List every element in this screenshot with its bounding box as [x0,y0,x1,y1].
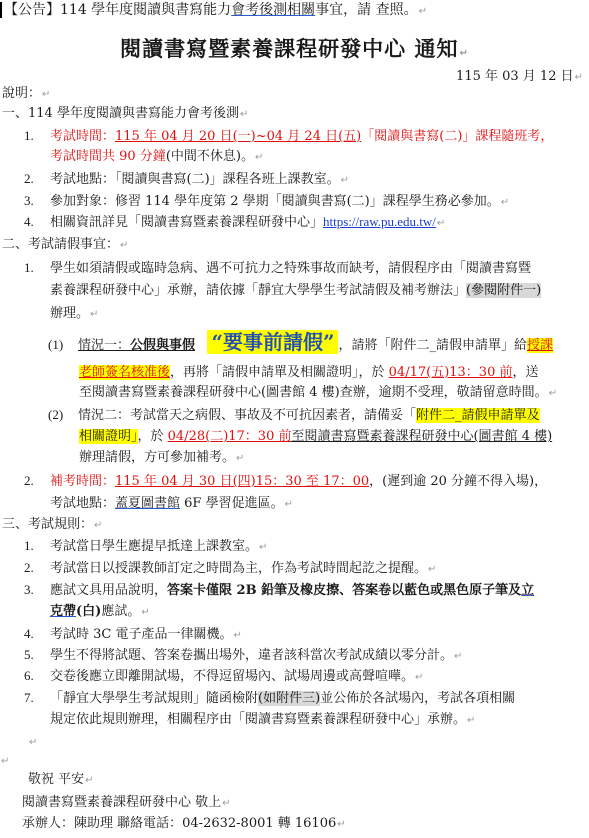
item-number: 2. [24,170,50,188]
s3-item-7: 7.「靜宜大學學生考試規則」隨函檢附(如附件三)並公佈於各試場內，考試各項相關 [24,689,515,708]
empty-paragraph: ↵ [28,733,37,752]
paragraph-mark-icon: ↵ [337,819,345,830]
paragraph-mark-icon: ↵ [94,520,102,531]
item-text: 規定依此規則辦理，相關程序由「閱讀書寫暨素養課程研發中心」承辦。 [50,712,466,727]
item-text: 參加對象：修習 114 學年度第 2 學期「閱讀與書寫(二)」課程學生務必參加。 [50,194,500,209]
case2-deadline: 04/28(二)17：30 前 [168,429,292,444]
sender-text: 閱讀書寫暨素養課程研發中心 敬上 [22,795,221,810]
s3-item-4: 4.考試時 3C 電子產品一律關機。↵ [24,625,242,645]
s2-item-2-line2: 考試地點：蓋夏圖書館 6F 學習促進區。↵ [50,495,293,514]
item-number: 3. [24,581,50,599]
item-number: 3. [24,192,50,210]
paragraph-mark-icon: ↵ [549,388,557,399]
s1-item-4: 4.相關資訊詳見「閱讀書寫暨素養課程研發中心」https://raw.pu.ed… [24,213,445,233]
intro-text: 說明： [2,86,41,101]
s3-item-1: 1.考試當日學生應提早抵達上課教室。↵ [24,537,267,557]
case2-line3: 辦理請假，方可參加補考。↵ [79,449,244,468]
s3-item-7-line2: 規定依此規則辦理，相關程序由「閱讀書寫暨素養課程研發中心」承辦。↵ [50,711,475,730]
section3-heading: 三、考試規則：↵ [2,516,102,535]
paragraph-mark-icon: ↵ [222,798,230,809]
item-number: 4. [24,213,50,231]
s2-item-1: 1.學生如須請假或臨時急病、遇不可抗力之特殊事故而缺考，請假程序由「閱讀書寫暨 [24,259,531,278]
notice-date: 115 年 03 月 12 日↵ [456,65,583,84]
item-text: 考試時 3C 電子產品一律關機。 [50,627,232,642]
s1-item-1: 1.考試時間：115 年 04 月 20 日(一)~04 月 24 日(五)「閱… [24,127,553,146]
highlight-attachment2: 附件二_請假申請單及 [416,408,540,423]
heading-text: 二、考試請假事宜： [2,237,119,252]
item-number: 1. [24,259,50,277]
makeup-note: ，(遲到逾 20 分鐘不得入場)， [369,474,547,489]
item-text: 相關資訊詳見「閱讀書寫暨素養課程研發中心」 [50,215,323,230]
s1-item-1-line2: 考試時間共 90 分鐘(中間不休息)。↵ [50,148,263,167]
headline-suffix: 事宜，請 查照。 [315,2,417,18]
paragraph-mark-icon: ↵ [459,48,468,59]
paragraph-mark-icon: ↵ [415,672,423,683]
case-text: 至閱讀書寫暨素養課程研發中心(圖書館 4 樓) [291,429,552,444]
greeting-text: 敬祝 平安 [28,772,84,787]
case-text: ，於 [138,429,168,444]
item-number: 6. [24,667,50,685]
paragraph-mark-icon: ↵ [141,607,149,618]
page-title: 閱讀書寫暨素養課程研發中心 通知↵ [0,33,589,63]
makeup-label: 補考時間： [50,474,115,489]
s1-item-2: 2.考試地點：「閱讀與書寫(二)」課程各班上課教室。↵ [24,170,349,190]
contact-text: 承辦人：陳助理 聯絡電話：04-2632-8001 轉 16106 [22,816,336,831]
case-text: 至閱讀書寫暨素養課程研發中心(圖書館 4 樓)查辦，逾期不受理，敬請留意時間。 [79,385,548,400]
stationery-rule: (白) [76,604,101,619]
exam-duration: 考試時間共 90 分鐘 [50,149,166,164]
paragraph-mark-icon: ↵ [341,175,349,186]
item-number: 2. [24,559,50,577]
makeup-time: 115 年 04 月 30 日(四)15：30 至 17：00 [115,474,369,489]
emphasis-advance-leave: “要事前請假” [207,330,338,354]
s3-item-3-line2: 克帶(白)應試。↵ [50,603,150,622]
paragraph-mark-icon: ↵ [428,564,436,575]
paragraph-mark-icon: ↵ [419,6,427,17]
item-text: 交卷後應立即離開試場，不得逗留場內、試場周邊或高聲喧嘩。 [50,669,414,684]
case-number: (2) [48,406,78,424]
paragraph-mark-icon: ↵ [501,197,509,208]
item-text: 考試當日學生應提早抵達上課教室。 [50,539,258,554]
exam-note: (中間不休息)。 [166,149,254,164]
item-text: 「靜宜大學學生考試規則」隨函檢附 [50,691,258,706]
item-text: 學生如須請假或臨時急病、遇不可抗力之特殊事故而缺考，請假程序由「閱讀書寫暨 [50,261,531,276]
paragraph-mark-icon: ↵ [467,715,475,726]
case1-deadline: 04/17(五)13：30 前 [389,365,513,380]
paragraph-mark-icon: ↵ [285,499,293,510]
paragraph-mark-icon: ↵ [437,218,445,229]
section1-heading: 一、114 學年度閱讀與書寫能力會考後測↵ [2,105,248,124]
highlight-approval: 老師簽名核准後 [79,365,170,380]
item-number: 2. [24,472,50,490]
cursor-bar [0,2,2,18]
case-text: ，送 [512,365,538,380]
item-text: 辦理。 [50,306,89,321]
case-text: ，請將「附件二_請假申請單」給 [338,338,527,353]
case2-line2: 相關證明」，於 04/28(二)17：30 前至閱讀書寫暨素養課程研發中心(圖書… [79,428,552,446]
case-text: ，再將「請假申請單及相關證明」，於 [170,365,389,380]
paragraph-mark-icon: ↵ [29,737,37,748]
exam-course: 「閱讀與書寫(二)」課程隨班考， [361,129,553,144]
title-text: 閱讀書寫暨素養課程研發中心 通知 [120,36,458,61]
highlight-teacher: 授課 [527,338,553,353]
library-name: 蓋夏圖書館 [115,496,180,511]
headline-underlined: 會考後測相關 [231,2,315,18]
case1-line3: 至閱讀書寫暨素養課程研發中心(圖書館 4 樓)查辦，逾期不受理，敬請留意時間。↵ [79,384,557,403]
s3-item-5: 5.學生不得將試題、答案卷攜出場外，違者該科當次考試成績以零分計。↵ [24,646,462,666]
paragraph-mark-icon: ↵ [259,542,267,553]
item-text: 素養課程研發中心」承辦，請依據「靜宜大學學生考試請假及補考辦法」 [50,283,466,298]
case1-line2: 老師簽名核准後，再將「請假申請單及相關證明」，於 04/17(五)13：30 前… [79,364,539,382]
paragraph-mark-icon: ↵ [575,72,583,83]
intro-label: 說明：↵ [2,85,50,104]
paragraph-mark-icon: ↵ [120,240,128,251]
item-text: 應試文具用品說明， [50,583,167,598]
s3-item-3: 3.應試文具用品說明，答案卡僅限 2B 鉛筆及橡皮擦、答案卷以藍色或黑色原子筆及… [24,581,534,600]
closing-sender: 閱讀書寫暨素養課程研發中心 敬上↵ [22,794,231,813]
headline-text: 114 學年度閱讀與書寫能力 [60,2,231,18]
item-text: 並公佈於各試場內，考試各項相關 [320,691,515,706]
section2-heading: 二、考試請假事宜：↵ [2,236,128,255]
s1-item-3: 3.參加對象：修習 114 學年度第 2 學期「閱讀與書寫(二)」課程學生務必參… [24,192,509,212]
heading-text: 三、考試規則： [2,517,93,532]
paragraph-mark-icon: ↵ [236,453,244,464]
item-text: 學生不得將試題、答案卷攜出場外，違者該科當次考試成績以零分計。 [50,648,453,663]
stationery-rule: 答案卡僅限 2B 鉛筆及橡皮擦、答案卷以藍色或黑色原子筆及 [167,583,521,598]
attachment1-ref: (參閱附件一) [466,283,541,298]
item-text: 考試地點：「閱讀與書寫(二)」課程各班上課教室。 [50,172,340,187]
location-label: 考試地點： [50,496,115,511]
s3-item-6: 6.交卷後應立即離開試場，不得逗留場內、試場周邊或高聲喧嘩。↵ [24,667,423,687]
exam-time-label: 考試時間： [50,129,115,144]
case-type: 公假與事假 [130,338,195,353]
case-text: 情況二：考試當天之病假、事故及不可抗因素者，請備妥「 [78,408,416,423]
item-number: 5. [24,646,50,664]
s2-item-1-line2: 素養課程研發中心」承辦，請依據「靜宜大學學生考試請假及補考辦法」(參閱附件一) [50,282,541,300]
location-text: 6F 學習促進區。 [180,496,284,511]
attachment3-ref: (如附件三) [258,691,320,706]
paragraph-mark-icon: ↵ [454,651,462,662]
date-text: 115 年 03 月 12 日 [456,69,574,84]
closing-greeting: 敬祝 平安↵ [28,771,94,790]
paragraph-mark-icon: ↵ [255,152,263,163]
item-number: 1. [24,127,50,145]
paragraph-mark-icon: ↵ [240,109,248,120]
stationery-rule-ul: 立 [521,583,534,598]
item-text: 考試當日以授課教師訂定之時間為主，作為考試時間起訖之提醒。 [50,561,427,576]
s2-item-1-line3: 辦理。↵ [50,305,98,324]
item-number: 7. [24,689,50,707]
case2-line1: (2)情況二：考試當天之病假、事故及不可抗因素者，請備妥「附件二_請假申請單及 [48,406,540,425]
case-label: 情況一： [78,338,130,353]
notice-tag: 【公告】 [4,2,60,18]
paragraph-mark-icon: ↵ [90,309,98,320]
paragraph-mark-icon: ↵ [85,775,93,786]
case-text: 辦理請假，方可參加補考。 [79,450,235,465]
s3-item-2: 2.考試當日以授課教師訂定之時間為主，作為考試時間起訖之提醒。↵ [24,559,436,579]
s2-item-2: 2.補考時間：115 年 04 月 30 日(四)15：30 至 17：00，(… [24,472,547,491]
paragraph-mark-icon: ↵ [233,630,241,641]
empty-paragraph: ↵ [0,752,9,771]
item-number: 4. [24,625,50,643]
item-text: 應試。 [101,604,140,619]
stationery-rule-ul: 克帶 [50,604,76,619]
notice-headline: 【公告】114 學年度閱讀與書寫能力會考後測相關事宜，請 查照。↵ [4,1,427,21]
paragraph-mark-icon: ↵ [42,89,50,100]
exam-date-range: 115 年 04 月 20 日(一)~04 月 24 日(五) [115,129,361,144]
paragraph-mark-icon: ↵ [1,756,9,767]
case-number: (1) [48,334,78,356]
closing-contact: 承辦人：陳助理 聯絡電話：04-2632-8001 轉 16106↵ [22,815,346,834]
case1-line1: (1)情況一：公假與事假 “要事前請假”，請將「附件二_請假申請單」給授課 [48,331,553,357]
heading-text: 一、114 學年度閱讀與書寫能力會考後測 [2,106,239,121]
item-number: 1. [24,537,50,555]
highlight-proof: 相關證明」 [79,429,138,444]
website-link[interactable]: https://raw.pu.edu.tw/ [323,214,436,229]
